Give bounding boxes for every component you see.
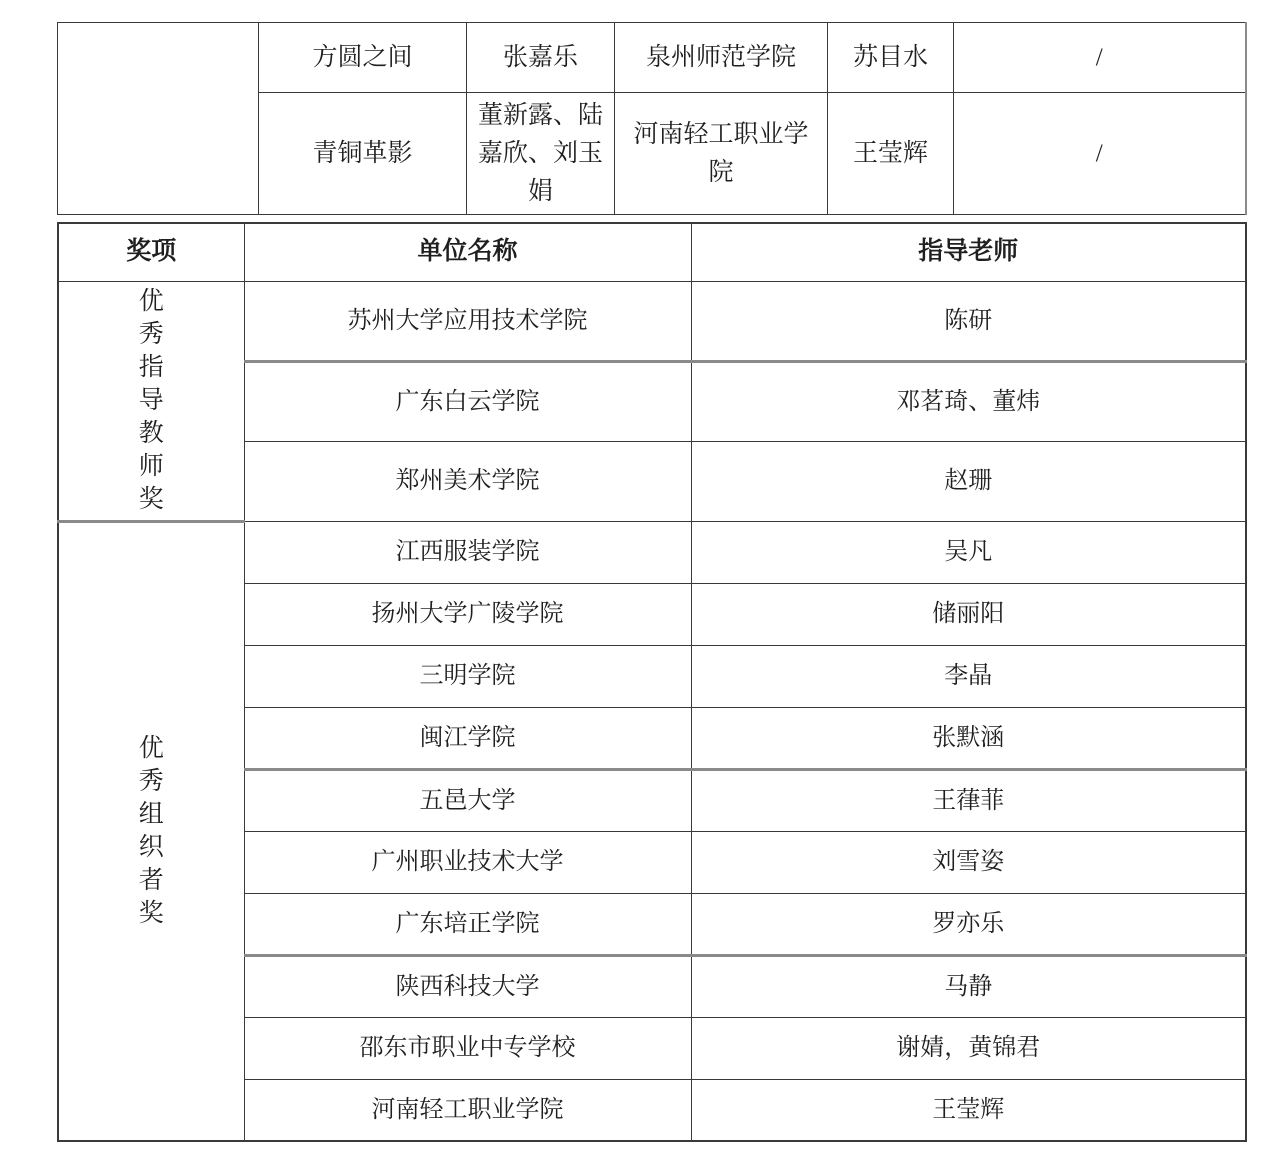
award-category-label: 优秀指导教师奖 bbox=[137, 285, 166, 516]
teacher-name-cell: 马静 bbox=[691, 955, 1246, 1017]
teacher-name-cell: 谢婧，黄锦君 bbox=[691, 1017, 1246, 1079]
author-cell: 张嘉乐 bbox=[467, 23, 615, 93]
school-cell: 河南轻工职业学院 bbox=[615, 93, 828, 215]
work-title-cell: 青铜革影 bbox=[259, 93, 467, 215]
teacher-name-cell: 吴凡 bbox=[691, 521, 1246, 583]
unit-name-cell: 扬州大学广陵学院 bbox=[244, 583, 691, 645]
unit-name-cell: 江西服装学院 bbox=[244, 521, 691, 583]
award-category-cell: 优秀组织者奖 bbox=[58, 521, 244, 1141]
award-row: 优秀组织者奖江西服装学院吴凡 bbox=[58, 521, 1246, 583]
teacher-name-cell: 李晶 bbox=[691, 645, 1246, 707]
teacher-name-cell: 罗亦乐 bbox=[691, 893, 1246, 955]
award-category-label: 优秀组织者奖 bbox=[137, 732, 166, 930]
teacher-name-cell: 刘雪姿 bbox=[691, 831, 1246, 893]
award-category-cell bbox=[58, 23, 259, 215]
unit-name-cell: 闽江学院 bbox=[244, 707, 691, 769]
teacher-name-cell: 邓茗琦、董炜 bbox=[691, 361, 1246, 441]
award-works-continuation-table: 方圆之间张嘉乐泉州师范学院苏目水/青铜革影董新露、陆嘉欣、刘玉娟河南轻工职业学院… bbox=[57, 22, 1247, 215]
awards-table: 奖项 单位名称 指导老师 优秀指导教师奖苏州大学应用技术学院陈研广东白云学院邓茗… bbox=[57, 222, 1247, 1142]
unit-name-cell: 三明学院 bbox=[244, 645, 691, 707]
awards-table-header: 奖项 单位名称 指导老师 bbox=[58, 223, 1246, 281]
unit-name-cell: 五邑大学 bbox=[244, 769, 691, 831]
award-category-cell: 优秀指导教师奖 bbox=[58, 281, 244, 521]
unit-column-header: 单位名称 bbox=[244, 223, 691, 281]
teacher-name-cell: 储丽阳 bbox=[691, 583, 1246, 645]
unit-name-cell: 广东白云学院 bbox=[244, 361, 691, 441]
school-cell: 泉州师范学院 bbox=[615, 23, 828, 93]
awards-table-body: 优秀指导教师奖苏州大学应用技术学院陈研广东白云学院邓茗琦、董炜郑州美术学院赵珊优… bbox=[58, 281, 1246, 1141]
work-title-cell: 方圆之间 bbox=[259, 23, 467, 93]
unit-name-cell: 郑州美术学院 bbox=[244, 441, 691, 521]
header-row: 奖项 单位名称 指导老师 bbox=[58, 223, 1246, 281]
teacher-column-header: 指导老师 bbox=[691, 223, 1246, 281]
advisor-cell: 王莹辉 bbox=[828, 93, 954, 215]
award-row: 优秀指导教师奖苏州大学应用技术学院陈研 bbox=[58, 281, 1246, 361]
unit-name-cell: 邵东市职业中专学校 bbox=[244, 1017, 691, 1079]
teacher-name-cell: 陈研 bbox=[691, 281, 1246, 361]
unit-name-cell: 广州职业技术大学 bbox=[244, 831, 691, 893]
author-cell: 董新露、陆嘉欣、刘玉娟 bbox=[467, 93, 615, 215]
unit-name-cell: 河南轻工职业学院 bbox=[244, 1079, 691, 1141]
document-page: 方圆之间张嘉乐泉州师范学院苏目水/青铜革影董新露、陆嘉欣、刘玉娟河南轻工职业学院… bbox=[0, 0, 1280, 1156]
continuation-row: 方圆之间张嘉乐泉州师范学院苏目水/ bbox=[58, 23, 1246, 93]
award-column-header: 奖项 bbox=[58, 223, 244, 281]
unit-name-cell: 苏州大学应用技术学院 bbox=[244, 281, 691, 361]
teacher-name-cell: 赵珊 bbox=[691, 441, 1246, 521]
unit-name-cell: 陕西科技大学 bbox=[244, 955, 691, 1017]
award-works-continuation-table-body: 方圆之间张嘉乐泉州师范学院苏目水/青铜革影董新露、陆嘉欣、刘玉娟河南轻工职业学院… bbox=[58, 23, 1246, 215]
teacher-name-cell: 张默涵 bbox=[691, 707, 1246, 769]
advisor-cell: 苏目水 bbox=[828, 23, 954, 93]
award-level-cell: / bbox=[954, 23, 1246, 93]
unit-name-cell: 广东培正学院 bbox=[244, 893, 691, 955]
teacher-name-cell: 王葎菲 bbox=[691, 769, 1246, 831]
teacher-name-cell: 王莹辉 bbox=[691, 1079, 1246, 1141]
award-level-cell: / bbox=[954, 93, 1246, 215]
